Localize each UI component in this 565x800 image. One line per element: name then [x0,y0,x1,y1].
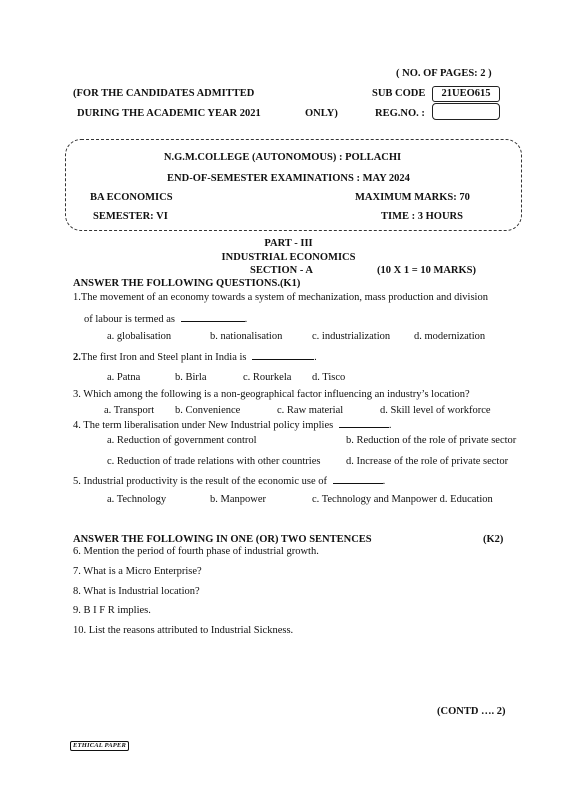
q3-option-c: c. Raw material [277,405,343,416]
question-1-line2: of labour is termed as . [84,313,247,325]
question-1-line1: 1.The movement of an economy towards a s… [73,292,488,303]
answer-blank [339,419,389,428]
q2-option-a: a. Patna [107,372,140,383]
q5-option-a: a. Technology [107,494,166,505]
question-6: 6. Mention the period of fourth phase of… [73,546,319,557]
q3-option-d: d. Skill level of workforce [380,405,491,416]
exam-duration: TIME : 3 HOURS [381,211,463,222]
section-b-level: (K2) [483,534,503,545]
question-5: 5. Industrial productivity is the result… [73,475,385,487]
continued-note: (CONTD …. 2) [437,706,506,717]
sub-code-box: 21UEO615 [432,86,500,102]
question-4: 4. The term liberalisation under New Ind… [73,419,391,431]
q4-option-b: b. Reduction of the role of private sect… [346,435,516,446]
part-title: PART - III [0,238,565,249]
q5-option-c: c. Technology and Manpower d. Education [312,494,493,505]
q4-option-d: d. Increase of the role of private secto… [346,456,508,467]
question-2-text: The first Iron and Steel plant in India … [81,352,247,363]
answer-blank [333,475,383,484]
section-a-instruction: ANSWER THE FOLLOWING QUESTIONS.(K1) [73,278,300,289]
section-title: SECTION - A [250,265,313,276]
reg-no-box [432,103,500,120]
question-10: 10. List the reasons attributed to Indus… [73,625,293,636]
q1-option-a: a. globalisation [107,331,171,342]
question-8: 8. What is Industrial location? [73,586,200,597]
q3-option-a: a. Transport [104,405,154,416]
sub-code-label: SUB CODE [372,88,425,99]
question-9: 9. B I F R implies. [73,605,151,616]
exam-title: END-OF-SEMESTER EXAMINATIONS : MAY 2024 [0,173,565,184]
q2-option-b: b. Birla [175,372,207,383]
q2-option-c: c. Rourkela [243,372,291,383]
admission-note-only: ONLY) [305,108,338,119]
question-2: 2.The first Iron and Steel plant in Indi… [73,351,317,363]
q4-option-c: c. Reduction of trade relations with oth… [107,456,320,467]
question-1-line2-text: of labour is termed as [84,314,175,325]
section-b-instruction: ANSWER THE FOLLOWING IN ONE (OR) TWO SEN… [73,534,372,545]
section-marks: (10 X 1 = 10 MARKS) [377,265,476,276]
reg-no-label: REG.NO. : [375,108,425,119]
q5-option-b: b. Manpower [210,494,266,505]
question-5-text: 5. Industrial productivity is the result… [73,476,327,487]
subject-title: INDUSTRIAL ECONOMICS [0,252,565,263]
page-count: ( NO. OF PAGES: 2 ) [396,68,492,79]
ethical-paper-stamp: ETHICAL PAPER [70,741,129,751]
question-2-number: 2. [73,352,81,363]
q3-option-b: b. Convenience [175,405,240,416]
q4-option-a: a. Reduction of government control [107,435,257,446]
admission-note-line1: (FOR THE CANDIDATES ADMITTED [73,88,254,99]
question-4-text: 4. The term liberalisation under New Ind… [73,420,333,431]
maximum-marks: MAXIMUM MARKS: 70 [355,192,470,203]
q1-option-c: c. industrialization [312,331,390,342]
q1-option-d: d. modernization [414,331,485,342]
q1-option-b: b. nationalisation [210,331,282,342]
program-name: BA ECONOMICS [90,192,173,203]
answer-blank [181,313,245,322]
answer-blank [252,351,314,360]
college-name: N.G.M.COLLEGE (AUTONOMOUS) : POLLACHI [0,152,565,163]
question-7: 7. What is a Micro Enterprise? [73,566,202,577]
admission-note-line2: DURING THE ACADEMIC YEAR 2021 [77,108,261,119]
semester: SEMESTER: VI [93,211,168,222]
q2-option-d: d. Tisco [312,372,345,383]
question-3: 3. Which among the following is a non-ge… [73,389,470,400]
